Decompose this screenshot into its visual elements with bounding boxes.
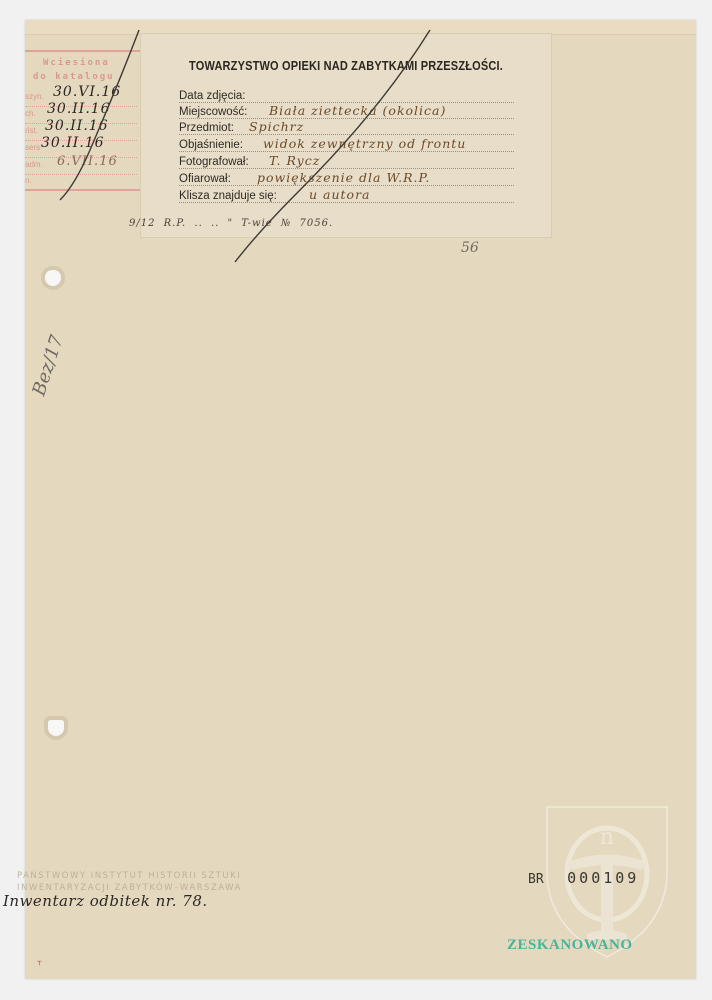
strike-through-lines	[0, 0, 712, 1000]
